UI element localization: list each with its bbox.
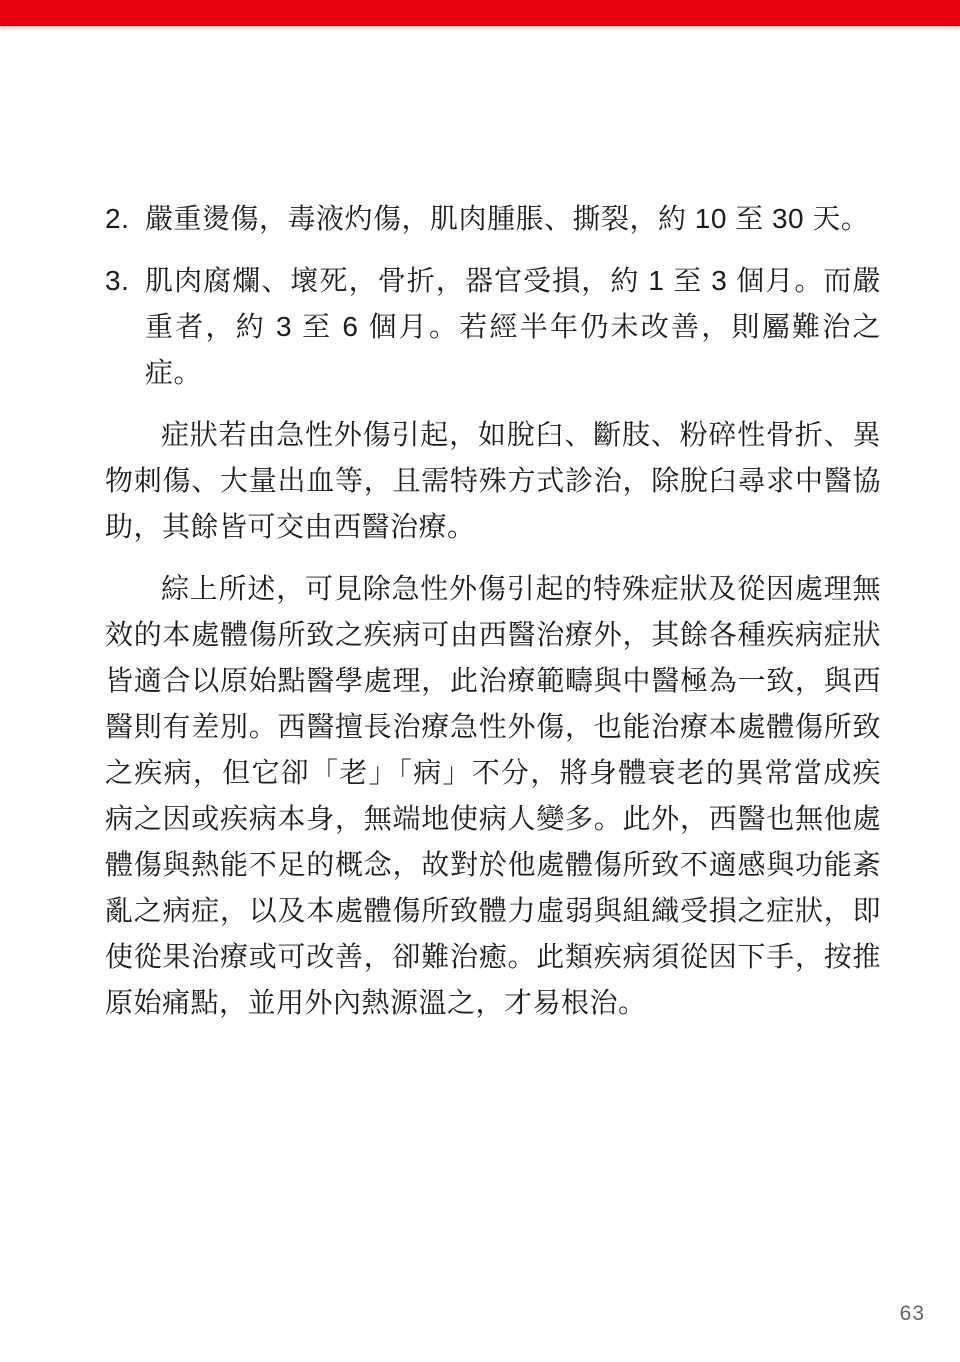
list-item: 2. 嚴重燙傷，毒液灼傷，肌肉腫脹、撕裂，約 10 至 30 天。	[105, 196, 881, 242]
list-item-number: 2.	[105, 196, 129, 242]
body-paragraph: 症狀若由急性外傷引起，如脫臼、斷肢、粉碎性骨折、異物刺傷、大量出血等，且需特殊方…	[105, 412, 881, 550]
list-item-text: 嚴重燙傷，毒液灼傷，肌肉腫脹、撕裂，約 10 至 30 天。	[145, 203, 869, 234]
body-paragraph: 綜上所述，可見除急性外傷引起的特殊症狀及從因處理無效的本處體傷所致之疾病可由西醫…	[105, 566, 881, 1026]
page-body-text: 2. 嚴重燙傷，毒液灼傷，肌肉腫脹、撕裂，約 10 至 30 天。 3. 肌肉腐…	[105, 196, 881, 1026]
list-item-text: 肌肉腐爛、壞死，骨折，器官受損，約 1 至 3 個月。而嚴重者，約 3 至 6 …	[145, 265, 881, 388]
list-item: 3. 肌肉腐爛、壞死，骨折，器官受損，約 1 至 3 個月。而嚴重者，約 3 至…	[105, 258, 881, 396]
top-accent-bar	[0, 0, 960, 26]
page-number: 63	[900, 1303, 925, 1324]
list-item-number: 3.	[105, 258, 129, 304]
document-page: 2. 嚴重燙傷，毒液灼傷，肌肉腫脹、撕裂，約 10 至 30 天。 3. 肌肉腐…	[0, 0, 960, 1362]
